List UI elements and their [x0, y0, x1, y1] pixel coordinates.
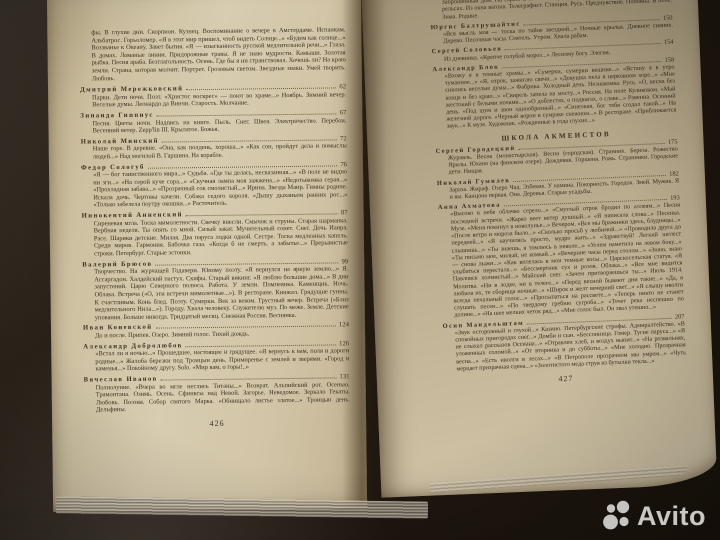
entry-page-number: 76 — [340, 161, 347, 169]
entry-page-number: 62 — [339, 83, 346, 91]
works-list: «Звук осторожный и глухой...» Казино. Пе… — [455, 320, 687, 372]
dot-leader — [186, 209, 338, 216]
toc-entry: Осип Мандельштам207 «Звук осторожный и г… — [443, 313, 687, 373]
page-number: 426 — [84, 418, 350, 429]
right-page-content: Андрей Белый138 Заброшенный дом. На гора… — [429, 0, 687, 387]
toc-entry: Александр Добролюбов126 «Встал ли я ночь… — [83, 340, 349, 374]
toc-entry: Валерий Брюсов99 Творчество. На журчащей… — [82, 258, 349, 322]
dot-leader — [157, 109, 337, 116]
entry-page-number: 207 — [675, 313, 685, 321]
toc-entry: Иннокентий Анненский87 Сиреневая мгла. Т… — [82, 209, 349, 258]
avito-logo-icon — [601, 500, 633, 532]
entry-page-number: 131 — [339, 373, 349, 381]
left-page: фы. В глухие дни. Скорпион. Кузнец. Восп… — [47, 0, 367, 512]
toc-entry: Иван Коневской124 До и после. Припев. Оз… — [83, 322, 349, 340]
dot-leader — [162, 135, 337, 142]
works-list: Наше горе. В деревне. «Она, как полдень,… — [93, 143, 347, 161]
entry-page-number: 124 — [339, 322, 349, 330]
toc-entry: Зинаида Гиппиус67 Песня. Цветы ночи. Над… — [80, 109, 346, 135]
entry-page-number: 87 — [341, 209, 348, 217]
left-page-content: фы. В глухие дни. Скорпион. Кузнец. Восп… — [79, 26, 350, 429]
avito-watermark: Avito — [601, 500, 706, 532]
works-list: «Встал ли я ночью...» Прошедшее, настоящ… — [95, 347, 349, 373]
toc-entry: Дмитрий Мережковский62 Парки. Дети ночи.… — [80, 83, 346, 109]
entry-page-number: 154 — [664, 39, 674, 47]
page-number: 427 — [445, 370, 687, 387]
entry-page-number: 67 — [340, 109, 347, 117]
works-list: Творчество. На журчащей Годавери. Юному … — [94, 265, 349, 321]
toc-entry: Николай Минский72 Наше горе. В деревне. … — [81, 135, 347, 161]
toc-entry: Александр Блок158 «Вхожу я в темные храм… — [432, 56, 676, 130]
dot-leader — [161, 373, 337, 380]
dot-leader — [186, 340, 337, 347]
dot-leader — [156, 322, 336, 329]
right-page: Андрей Белый138 Заброшенный дом. На гора… — [361, 0, 717, 498]
toc-entry: Федор Сологуб76 «Я — бог таинственного м… — [81, 161, 348, 210]
works-list: Песня. Цветы ночи. Надпись на книге. Пыл… — [92, 117, 346, 135]
continuation-text: фы. В глухие дни. Скорпион. Кузнец. Восп… — [91, 26, 346, 82]
works-list: Сиреневая мгла. Тоска мимолетности. Свеч… — [94, 217, 348, 258]
toc-entry: Анна Ахматова193 «Высоко в небе облачко … — [438, 195, 684, 320]
dot-leader — [155, 258, 338, 265]
works-list: «Я — бог таинственного мира...» Судьба. … — [93, 168, 347, 209]
works-list: «Вхожу я в темные храмы...» «Сумерки, су… — [445, 64, 677, 131]
entry-page-number: 99 — [341, 258, 348, 266]
entry-page-number: 126 — [339, 340, 349, 348]
works-list: Парки. Дети ночи. Поэт. «Христос воскрес… — [92, 91, 346, 109]
works-list: Полнолуние. «Вчера во мгле неслись Титан… — [96, 381, 350, 414]
dot-leader — [186, 84, 336, 91]
avito-wordmark: Avito — [637, 501, 706, 532]
works-list: «Высоко в небе облачко серело...» «Смугл… — [450, 202, 684, 319]
dot-leader — [148, 161, 338, 168]
entry-page-number: 72 — [340, 135, 347, 143]
toc-entry: Вячеслав Иванов131 Полнолуние. «Вчера во… — [84, 373, 350, 414]
